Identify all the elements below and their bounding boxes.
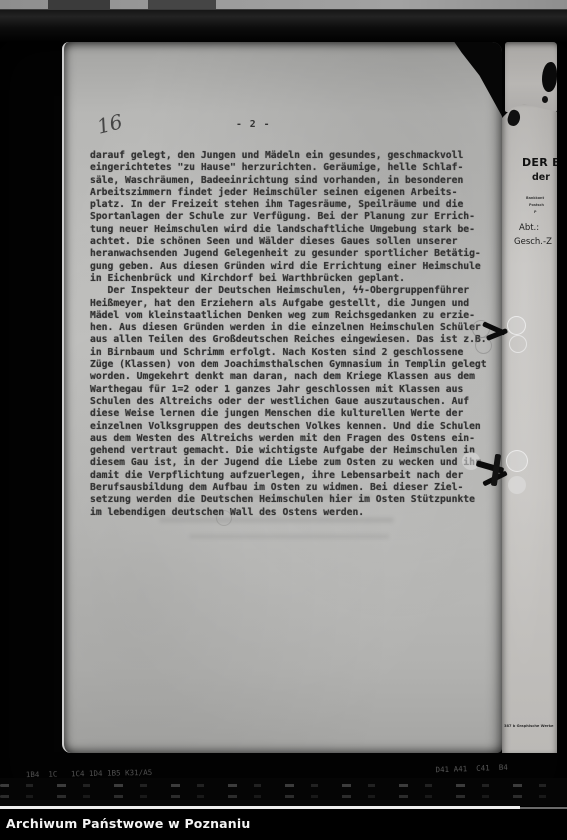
letterhead-page-fragment: DER B der Bankkont Postsch P Abt.: Gesch… <box>502 104 557 753</box>
text-line: worden. Umgekehrt denkt man daran, nach … <box>90 371 498 383</box>
page-number: - 2 - <box>236 119 271 130</box>
text-line: in Eichenbrück und Kirchdorf bei Warthbr… <box>90 273 498 285</box>
abt-label: Abt.: <box>519 223 539 233</box>
text-line: tung neuer Heimschulen wird die landscha… <box>90 224 498 236</box>
handwritten-folio-number: 16 <box>94 109 125 138</box>
printer-imprint: 387 b Graphische Werke <box>504 724 555 728</box>
text-line: Heißmeyer, hat den Erziehern als Aufgabe… <box>90 298 498 310</box>
ink-smudge <box>214 494 374 499</box>
letterhead-post-line: Postsch <box>529 203 544 207</box>
punch-hole <box>507 316 526 335</box>
letterhead-title: DER B <box>522 156 557 169</box>
punch-hole <box>509 335 527 353</box>
punch-hole <box>508 476 526 494</box>
film-streaks <box>0 795 567 798</box>
film-edge-mark <box>48 0 110 9</box>
ink-blot <box>542 96 548 103</box>
text-line: gung geben. Aus diesen Gründen wird die … <box>90 261 498 273</box>
film-streaks <box>0 784 567 787</box>
typewritten-text-block: darauf gelegt, den Jungen und Mädeln ein… <box>90 150 498 519</box>
text-line: einzelnen Volksgruppen des deutschen Vol… <box>90 421 498 433</box>
film-edge-mark <box>148 0 216 9</box>
page-corner-shadow <box>447 42 502 123</box>
letterhead-phone-line: P <box>534 210 537 214</box>
film-texture-band <box>0 778 567 806</box>
text-line: Mädel vom kleinstaatlichen Denken weg zu… <box>90 310 498 322</box>
text-line: darauf gelegt, den Jungen und Mädeln ein… <box>90 150 498 162</box>
text-line: damit die Verpflichtung aufzuerlegen, ih… <box>90 470 498 482</box>
text-line: platz. In der Freizeit stehen ihm Tagesr… <box>90 199 498 211</box>
film-mark-row: D41 A41 C41 B4 <box>435 763 508 775</box>
archive-name-label: Archiwum Państwowe w Poznaniu <box>6 816 250 831</box>
text-line: Berufsausbildung dem Aufbau im Osten zu … <box>90 482 498 494</box>
paper-fragment-top <box>505 42 557 112</box>
photographed-area: 16 - 2 - darauf gelegt, den Jungen und M… <box>0 42 567 806</box>
staple-mark <box>470 314 530 358</box>
geschaeftszeichen-label: Gesch.-Z <box>514 237 552 247</box>
text-line: Warthegau für 1=2 oder 1 ganzes Jahr ges… <box>90 384 498 396</box>
ghost-ring-mark <box>216 510 232 526</box>
staple-mark <box>462 450 530 504</box>
text-line: gehend vertraut gemacht. Die wichtigste … <box>90 445 498 457</box>
text-line: Züge (Klassen) von dem Joachimsthalschen… <box>90 359 498 371</box>
film-edge-strip <box>0 0 567 9</box>
text-line: Sportanlagen der Schule zur Verfügung. B… <box>90 211 498 223</box>
text-line: Schulen des Altreichs oder der westliche… <box>90 396 498 408</box>
text-line: säle, Waschräumen, Badeeinrichtung sind … <box>90 175 498 187</box>
ink-smudge <box>159 517 394 523</box>
text-line: eingerichtetes "zu Hause" herzurichten. … <box>90 162 498 174</box>
text-line: Arbeitszimmern findet jeder Heimschüler … <box>90 187 498 199</box>
film-dark-band <box>0 9 567 43</box>
ink-smudge <box>189 534 389 539</box>
text-line: heranwachsenden Jugend Gelegenheit zu ge… <box>90 248 498 260</box>
punch-hole <box>506 450 528 472</box>
letterhead-subtitle: der <box>532 172 550 183</box>
text-line: achtet. Die schönen Seen und Wälder dies… <box>90 236 498 248</box>
microfilm-frame: 16 - 2 - darauf gelegt, den Jungen und M… <box>0 0 567 840</box>
archive-caption-bar: Archiwum Państwowe w Poznaniu <box>0 809 567 840</box>
text-line: hen. Aus diesen Gründen werden in die ei… <box>90 322 498 334</box>
letterhead-bank-line: Bankkont <box>526 196 544 200</box>
text-line: aus dem Westen des Altreichs werden mit … <box>90 433 498 445</box>
document-page: 16 - 2 - darauf gelegt, den Jungen und M… <box>62 42 502 753</box>
text-line: diesem Gau ist, in der Jugend die Liebe … <box>90 457 498 469</box>
text-line: diese Weise lernen die jungen Menschen d… <box>90 408 498 420</box>
text-line: aus allen Teilen des Großdeutschen Reich… <box>90 334 498 346</box>
text-line: Der Inspekteur der Deutschen Heimschulen… <box>90 285 498 297</box>
ink-blot <box>542 62 557 92</box>
text-line: in Birnbaum und Schrimm erfolgt. Nach Ko… <box>90 347 498 359</box>
